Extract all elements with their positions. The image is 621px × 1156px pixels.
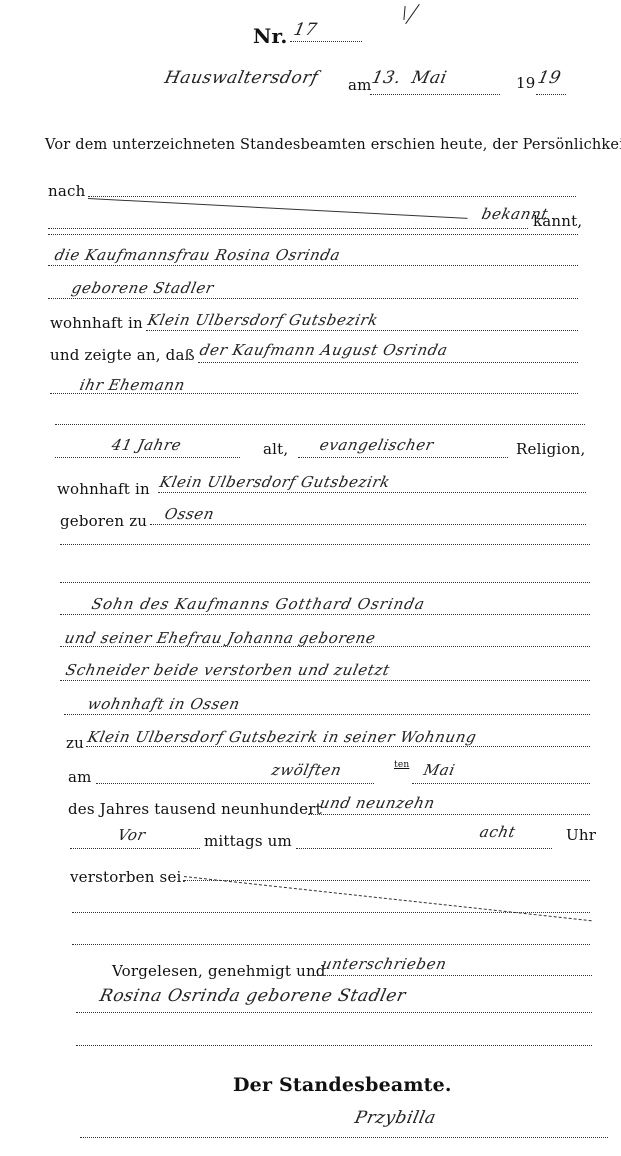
parents-status: Schneider beide verstorben und zuletzt <box>64 661 391 679</box>
religion-line <box>298 457 508 458</box>
nach-label: nach <box>48 182 85 200</box>
death-day-label: am <box>68 768 92 786</box>
religion-label: Religion, <box>516 440 585 458</box>
certificate-number-label: Nr. <box>253 24 288 48</box>
date-line <box>370 94 500 95</box>
number-line <box>290 41 362 42</box>
check-mark-stroke <box>403 6 405 20</box>
deceased-residence-label: wohnhaft in <box>57 480 150 498</box>
blank-line-4 <box>72 912 590 913</box>
informant-residence: Klein Ulbersdorf Gutsbezirk <box>146 311 380 329</box>
informant-name: die Kaufmannsfrau Rosina Osrinda <box>53 246 342 264</box>
time-prefix-line <box>70 848 200 849</box>
signed-word: unterschrieben <box>320 955 448 973</box>
time-label: mittags um <box>204 832 292 850</box>
deceased-relation: ihr Ehemann <box>78 376 187 394</box>
time-prefix: Vor <box>116 826 147 844</box>
time-suffix: Uhr <box>566 826 596 844</box>
parents-line-2 <box>60 646 590 647</box>
deceased-residence-line <box>158 492 586 493</box>
age-line <box>55 457 240 458</box>
blank-line-6 <box>76 1045 592 1046</box>
year-label: des Jahres tausend neunhundert <box>68 800 322 818</box>
informant-line-2 <box>48 298 578 299</box>
parents-mother: und seiner Ehefrau Johanna geborene <box>63 629 377 647</box>
death-year-line <box>308 814 590 815</box>
intro-text: Vor dem unterzeichneten Standesbeamten e… <box>45 137 621 153</box>
parents-son: Sohn des Kaufmanns Gotthard Osrinda <box>90 595 427 613</box>
registrar-title: Der Standesbeamte. <box>233 1074 452 1096</box>
informant-line-1 <box>48 265 578 266</box>
birthplace: Ossen <box>163 505 216 523</box>
born-label: geboren zu <box>60 512 147 530</box>
blank-line-3 <box>60 582 590 583</box>
blank-line-2 <box>60 544 590 545</box>
birthplace-line <box>150 524 586 525</box>
strike-through <box>184 876 592 921</box>
parents-line-3 <box>60 680 590 681</box>
death-day-line <box>96 783 374 784</box>
died-label: verstorben sei. <box>70 868 187 886</box>
died-line <box>184 880 590 881</box>
parents-residence: wohnhaft in Ossen <box>86 695 242 713</box>
line-separator <box>48 234 578 235</box>
reported-label: und zeigte an, daß <box>50 346 195 364</box>
time-hour-line <box>296 848 552 849</box>
deceased-religion: evangelischer <box>318 436 435 454</box>
death-place: Klein Ulbersdorf Gutsbezirk in seiner Wo… <box>86 728 478 746</box>
death-month: Mai <box>422 761 457 779</box>
informant-residence-label: wohnhaft in <box>50 314 143 332</box>
registry-place: Hauswaltersdorf <box>163 68 320 88</box>
death-month-line <box>412 783 590 784</box>
deceased-line <box>198 362 578 363</box>
informant-signature-line <box>76 1012 592 1013</box>
death-year-words: und neunzehn <box>318 794 437 812</box>
year-line <box>536 94 566 95</box>
blank-line-5 <box>72 944 590 945</box>
registrar-signature: Przybilla <box>353 1108 438 1128</box>
death-place-label: zu <box>66 734 84 752</box>
death-day: zwölften <box>270 761 343 779</box>
nach-line <box>88 196 576 197</box>
parents-line-1 <box>60 614 590 615</box>
informant-maiden-name: geborene Stadler <box>70 279 216 297</box>
certificate-number: 17 <box>292 20 319 40</box>
parents-line-4 <box>64 714 590 715</box>
date-prefix: am <box>348 76 372 94</box>
death-place-line <box>86 746 590 747</box>
deceased-residence: Klein Ulbersdorf Gutsbezirk <box>158 473 392 491</box>
registry-day: 13. <box>370 68 403 88</box>
blank-line-1 <box>55 424 585 425</box>
strike-through <box>88 198 468 219</box>
deceased-age: 41 Jahre <box>110 436 183 454</box>
age-label: alt, <box>263 440 288 458</box>
signed-line <box>312 975 592 976</box>
informant-signature: Rosina Osrinda geborene Stadler <box>98 986 408 1006</box>
deceased-name: der Kaufmann August Osrinda <box>198 341 449 359</box>
registry-month: Mai <box>410 68 449 88</box>
informant-residence-line <box>146 330 578 331</box>
time-hour: acht <box>478 823 517 841</box>
year-prefix: 19 <box>516 74 536 92</box>
known-line <box>48 228 528 229</box>
registrar-signature-line <box>80 1137 608 1138</box>
death-day-suffix: ten <box>394 760 409 770</box>
check-mark <box>405 4 420 24</box>
known-label: kannt, <box>533 212 582 230</box>
read-label: Vorgelesen, genehmigt und <box>112 962 326 980</box>
registry-year: 19 <box>536 68 563 88</box>
relation-line <box>50 393 578 394</box>
